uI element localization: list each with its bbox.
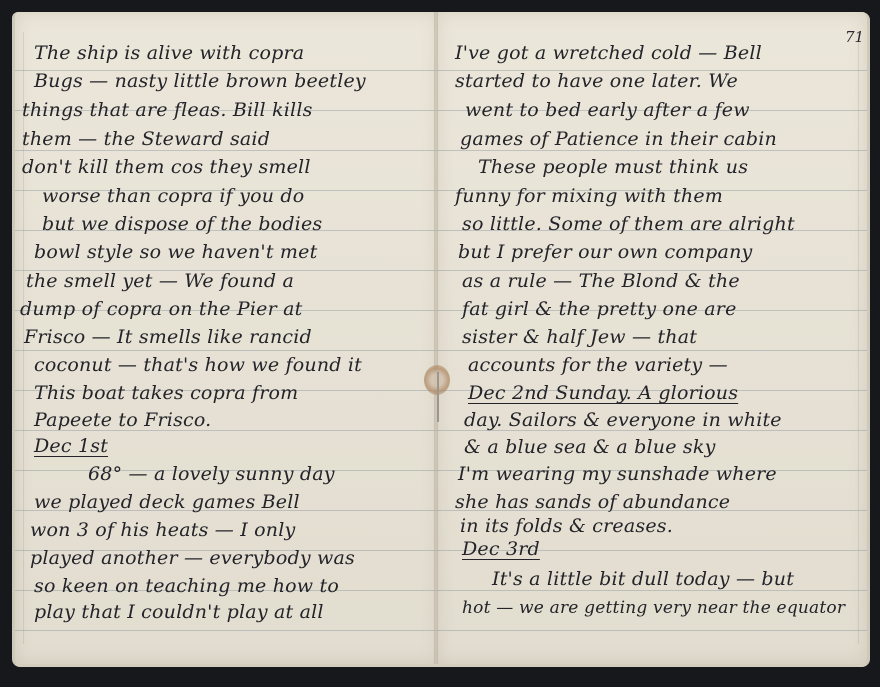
diary-line: dump of copra on the Pier at xyxy=(20,300,302,319)
page-number: 71 xyxy=(845,28,864,46)
diary-line: in its folds & creases. xyxy=(460,517,673,536)
diary-line: started to have one later. We xyxy=(455,72,738,91)
diary-line: won 3 of his heats — I only xyxy=(30,521,295,540)
ruled-line xyxy=(15,350,439,351)
ruled-line xyxy=(436,590,867,591)
diary-date-heading: Dec 2nd Sunday. A glorious xyxy=(468,384,738,403)
diary-line: Frisco — It smells like rancid xyxy=(24,328,312,347)
diary-line: them — the Steward said xyxy=(22,130,270,149)
ruled-line xyxy=(15,150,439,151)
diary-line: went to bed early after a few xyxy=(465,101,750,120)
diary-line: funny for mixing with them xyxy=(455,187,723,206)
diary-line: The ship is alive with copra xyxy=(34,44,304,63)
diary-line: day. Sailors & everyone in white xyxy=(464,411,782,430)
diary-line: Papeete to Frisco. xyxy=(34,411,211,430)
diary-line: I've got a wretched cold — Bell xyxy=(455,44,762,63)
page-edge-line xyxy=(858,32,859,644)
diary-line: Bugs — nasty little brown beetley xyxy=(34,72,366,91)
diary-line: the smell yet — We found a xyxy=(26,272,294,291)
diary-line: sister & half Jew — that xyxy=(462,328,697,347)
diary-line: coconut — that's how we found it xyxy=(34,356,362,375)
diary-line: & a blue sea & a blue sky xyxy=(464,438,716,457)
ruled-line xyxy=(436,630,867,631)
staple xyxy=(437,372,439,422)
ruled-line xyxy=(15,630,439,631)
diary-line: we played deck games Bell xyxy=(34,493,300,512)
notebook-spread: 71 The ship is alive with copra Bugs — n… xyxy=(0,0,880,687)
diary-line: so little. Some of them are alright xyxy=(462,215,795,234)
diary-line: hot — we are getting very near the equat… xyxy=(462,600,845,617)
diary-line: fat girl & the pretty one are xyxy=(462,300,737,319)
diary-line: I'm wearing my sunshade where xyxy=(458,465,777,484)
diary-line: This boat takes copra from xyxy=(34,384,298,403)
diary-line: worse than copra if you do xyxy=(42,187,304,206)
diary-line: but I prefer our own company xyxy=(458,243,752,262)
diary-line: 68° — a lovely sunny day xyxy=(88,465,335,484)
diary-line: play that I couldn't play at all xyxy=(34,603,324,622)
diary-line: but we dispose of the bodies xyxy=(42,215,322,234)
diary-line: don't kill them cos they smell xyxy=(22,158,311,177)
diary-line: It's a little bit dull today — but xyxy=(492,570,794,589)
diary-line: as a rule — The Blond & the xyxy=(462,272,740,291)
diary-date-heading: Dec 1st xyxy=(34,437,108,456)
diary-line: played another — everybody was xyxy=(30,549,355,568)
diary-line: These people must think us xyxy=(478,158,748,177)
diary-line: accounts for the variety — xyxy=(468,356,728,375)
diary-line: she has sands of abundance xyxy=(455,493,730,512)
diary-line: bowl style so we haven't met xyxy=(34,243,317,262)
diary-line: things that are fleas. Bill kills xyxy=(22,101,313,120)
ruled-line xyxy=(436,350,867,351)
diary-date-heading: Dec 3rd xyxy=(462,540,540,559)
diary-line: so keen on teaching me how to xyxy=(34,577,339,596)
ruled-line xyxy=(436,150,867,151)
diary-line: games of Patience in their cabin xyxy=(460,130,777,149)
notebook-spine xyxy=(434,12,438,664)
